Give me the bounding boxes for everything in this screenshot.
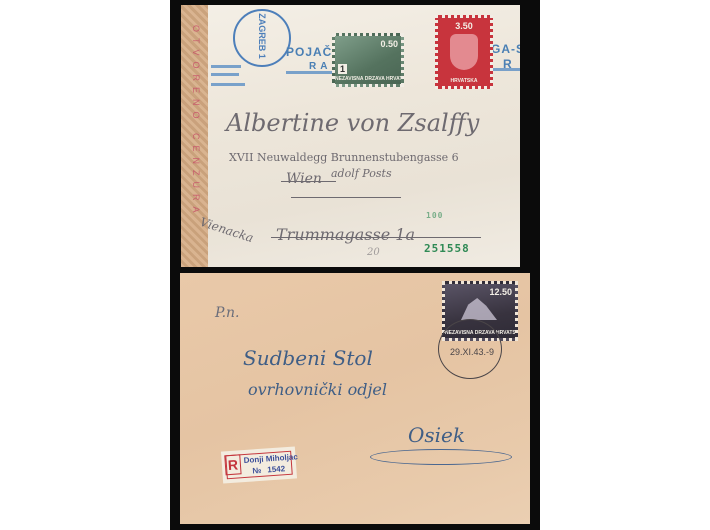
bottom-envelope: 12.50 NEZAVISNA DRŽAVA HRVATSKA 29.XI.43… [180, 273, 530, 524]
cancel-line [493, 68, 520, 71]
slogan-cancel-right: GA-S [491, 42, 520, 56]
address-line: Albertine von Zsalffy [226, 109, 479, 137]
registration-number: 1542 [267, 464, 285, 474]
underline [291, 197, 401, 198]
cancel-line [211, 73, 239, 76]
green-soldier-stamp: 0.50 1 NEZAVISNA DRŽAVA HRVATSKA [332, 33, 404, 87]
zagreb-postmark-text: ZAGREB 1 [257, 13, 267, 59]
address-line: adolf Posts [331, 167, 392, 180]
address-line: Trummagasse 1a [276, 225, 415, 244]
cancel-line [286, 71, 334, 74]
castle-image [461, 298, 497, 320]
address-line: Sudbeni Stol [243, 346, 373, 370]
postmark-date: 29.XI.43.-9 [450, 347, 494, 357]
cancel-line [211, 65, 241, 68]
red-portrait-stamp: 3.50 HRVATSKA [435, 15, 493, 89]
portrait-shield [450, 34, 478, 70]
registration-number-prefix: № [252, 466, 262, 476]
address-line: Osiek [408, 423, 465, 447]
registration-letter: R [224, 454, 241, 475]
address-line: P.n. [215, 305, 240, 321]
address-line: ovrhovnički odjel [248, 380, 387, 399]
censor-number: 251558 [424, 242, 470, 255]
censor-tape-text: OTVORENO CENZURA [187, 25, 201, 255]
pencil-note: 20 [367, 247, 380, 258]
top-envelope: OTVORENO CENZURA ZAGREB 1 POJAČAJ RAD GA… [181, 5, 520, 267]
cancel-line [211, 83, 245, 86]
address-line: XVII Neuwaldegg Brunnenstubengasse 6 [229, 151, 459, 164]
registration-label: R Donji Miholjac № 1542 [221, 446, 297, 483]
censor-mark: 100 [426, 211, 443, 220]
strikethrough [271, 237, 481, 238]
strikethrough [281, 181, 336, 182]
address-line: Wien [286, 171, 322, 187]
underline-flourish [370, 449, 512, 465]
